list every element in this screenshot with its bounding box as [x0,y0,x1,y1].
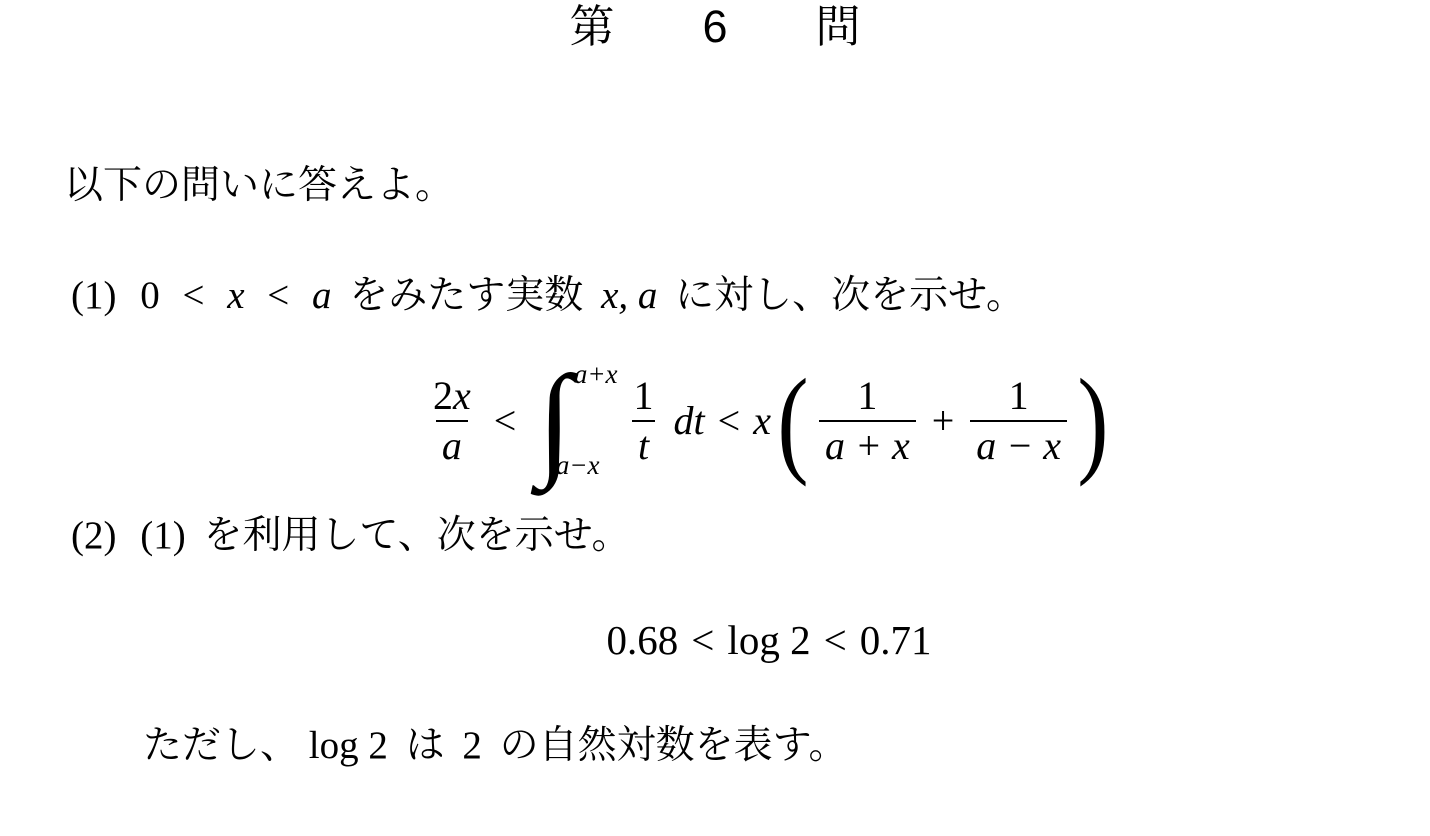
less-than-sign-2: < [718,401,741,441]
page-title: 第 6 問 [0,2,1430,52]
lower-bound-value: 0.68 [607,620,679,661]
title-problem-number: 6 [702,2,727,52]
q1-variables-xa: x, a [601,274,657,317]
right-parenthesis: ) [1077,361,1108,481]
q1-zero: 0 [140,274,160,317]
fraction-denominator: a + x [819,420,916,465]
coefficient-2: 2 [433,373,453,418]
fraction-denominator: a [436,420,468,465]
note-number-2: 2 [462,724,482,767]
integral-inequality-formula: 2x a < ∫ a+x a−x 1 t dt < x ( 1 a + x + … [0,358,1430,484]
q1-variable-x: x [227,274,244,317]
question-2-label: (2) [71,514,116,557]
intro-sentence: 以下の問いに答えよ。 [64,164,454,209]
fraction-numerator: 2x [427,377,477,420]
factor-x: x [753,401,771,441]
plus-sign: + [932,401,955,441]
variable-x: x [453,373,471,418]
intro-text: 以下の問いに答えよ。 [64,164,454,207]
fraction-1-over-a-plus-x: 1 a + x [819,377,916,465]
definite-integral: ∫ a+x a−x [537,360,617,482]
left-parenthesis: ( [777,361,808,481]
differential-dt: dt [674,401,705,441]
less-than-sign-1: < [691,620,714,661]
note-log2: log 2 [309,724,388,767]
question-1-label: (1) [71,274,116,317]
q2-text: を利用して、次を示せ。 [203,514,630,557]
upper-bound-value: 0.71 [860,620,932,661]
fraction-2x-over-a: 2x a [427,377,477,465]
fraction-denominator: t [632,420,655,465]
question-2: (2) (1) を利用して、次を示せ。 [71,514,631,559]
question-1: (1) 0 < x < a をみたす実数 x, a に対し、次を示せ。 [71,274,1025,319]
less-than-sign-1: < [494,401,517,441]
title-char-dai: 第 [569,2,614,52]
exam-problem-page: 第 6 問 以下の問いに答えよ。 (1) 0 < x < a をみたす実数 x,… [0,0,1430,836]
note-line: ただし、 log 2 は 2 の自然対数を表す。 [143,724,848,769]
note-text-2: は [406,724,445,767]
q2-reference: (1) [140,514,185,557]
fraction-1-over-a-minus-x: 1 a − x [970,377,1067,465]
fraction-denominator: a − x [970,420,1067,465]
q1-variable-a: a [312,274,332,317]
integral-lower-limit: a−x [556,452,600,479]
note-text-1: ただし、 [143,724,299,767]
integral-limits: a+x a−x [572,360,618,482]
fraction-numerator: 1 [628,377,660,420]
q1-text-1: をみたす実数 [349,274,583,317]
log-bounds-formula: 0.68 < log 2 < 0.71 [0,616,1430,664]
less-than-sign-2: < [824,620,847,661]
title-char-mon: 問 [816,2,861,52]
q1-less-than-1: < [182,274,204,317]
fraction-numerator: 1 [1003,377,1035,420]
fraction-1-over-t: 1 t [628,377,660,465]
q1-less-than-2: < [267,274,289,317]
fraction-numerator: 1 [851,377,883,420]
note-text-3: の自然対数を表す。 [500,724,848,767]
integral-upper-limit: a+x [574,361,618,388]
log-expression: log 2 [727,620,810,661]
q1-text-2: に対し、次を示せ。 [675,274,1025,317]
